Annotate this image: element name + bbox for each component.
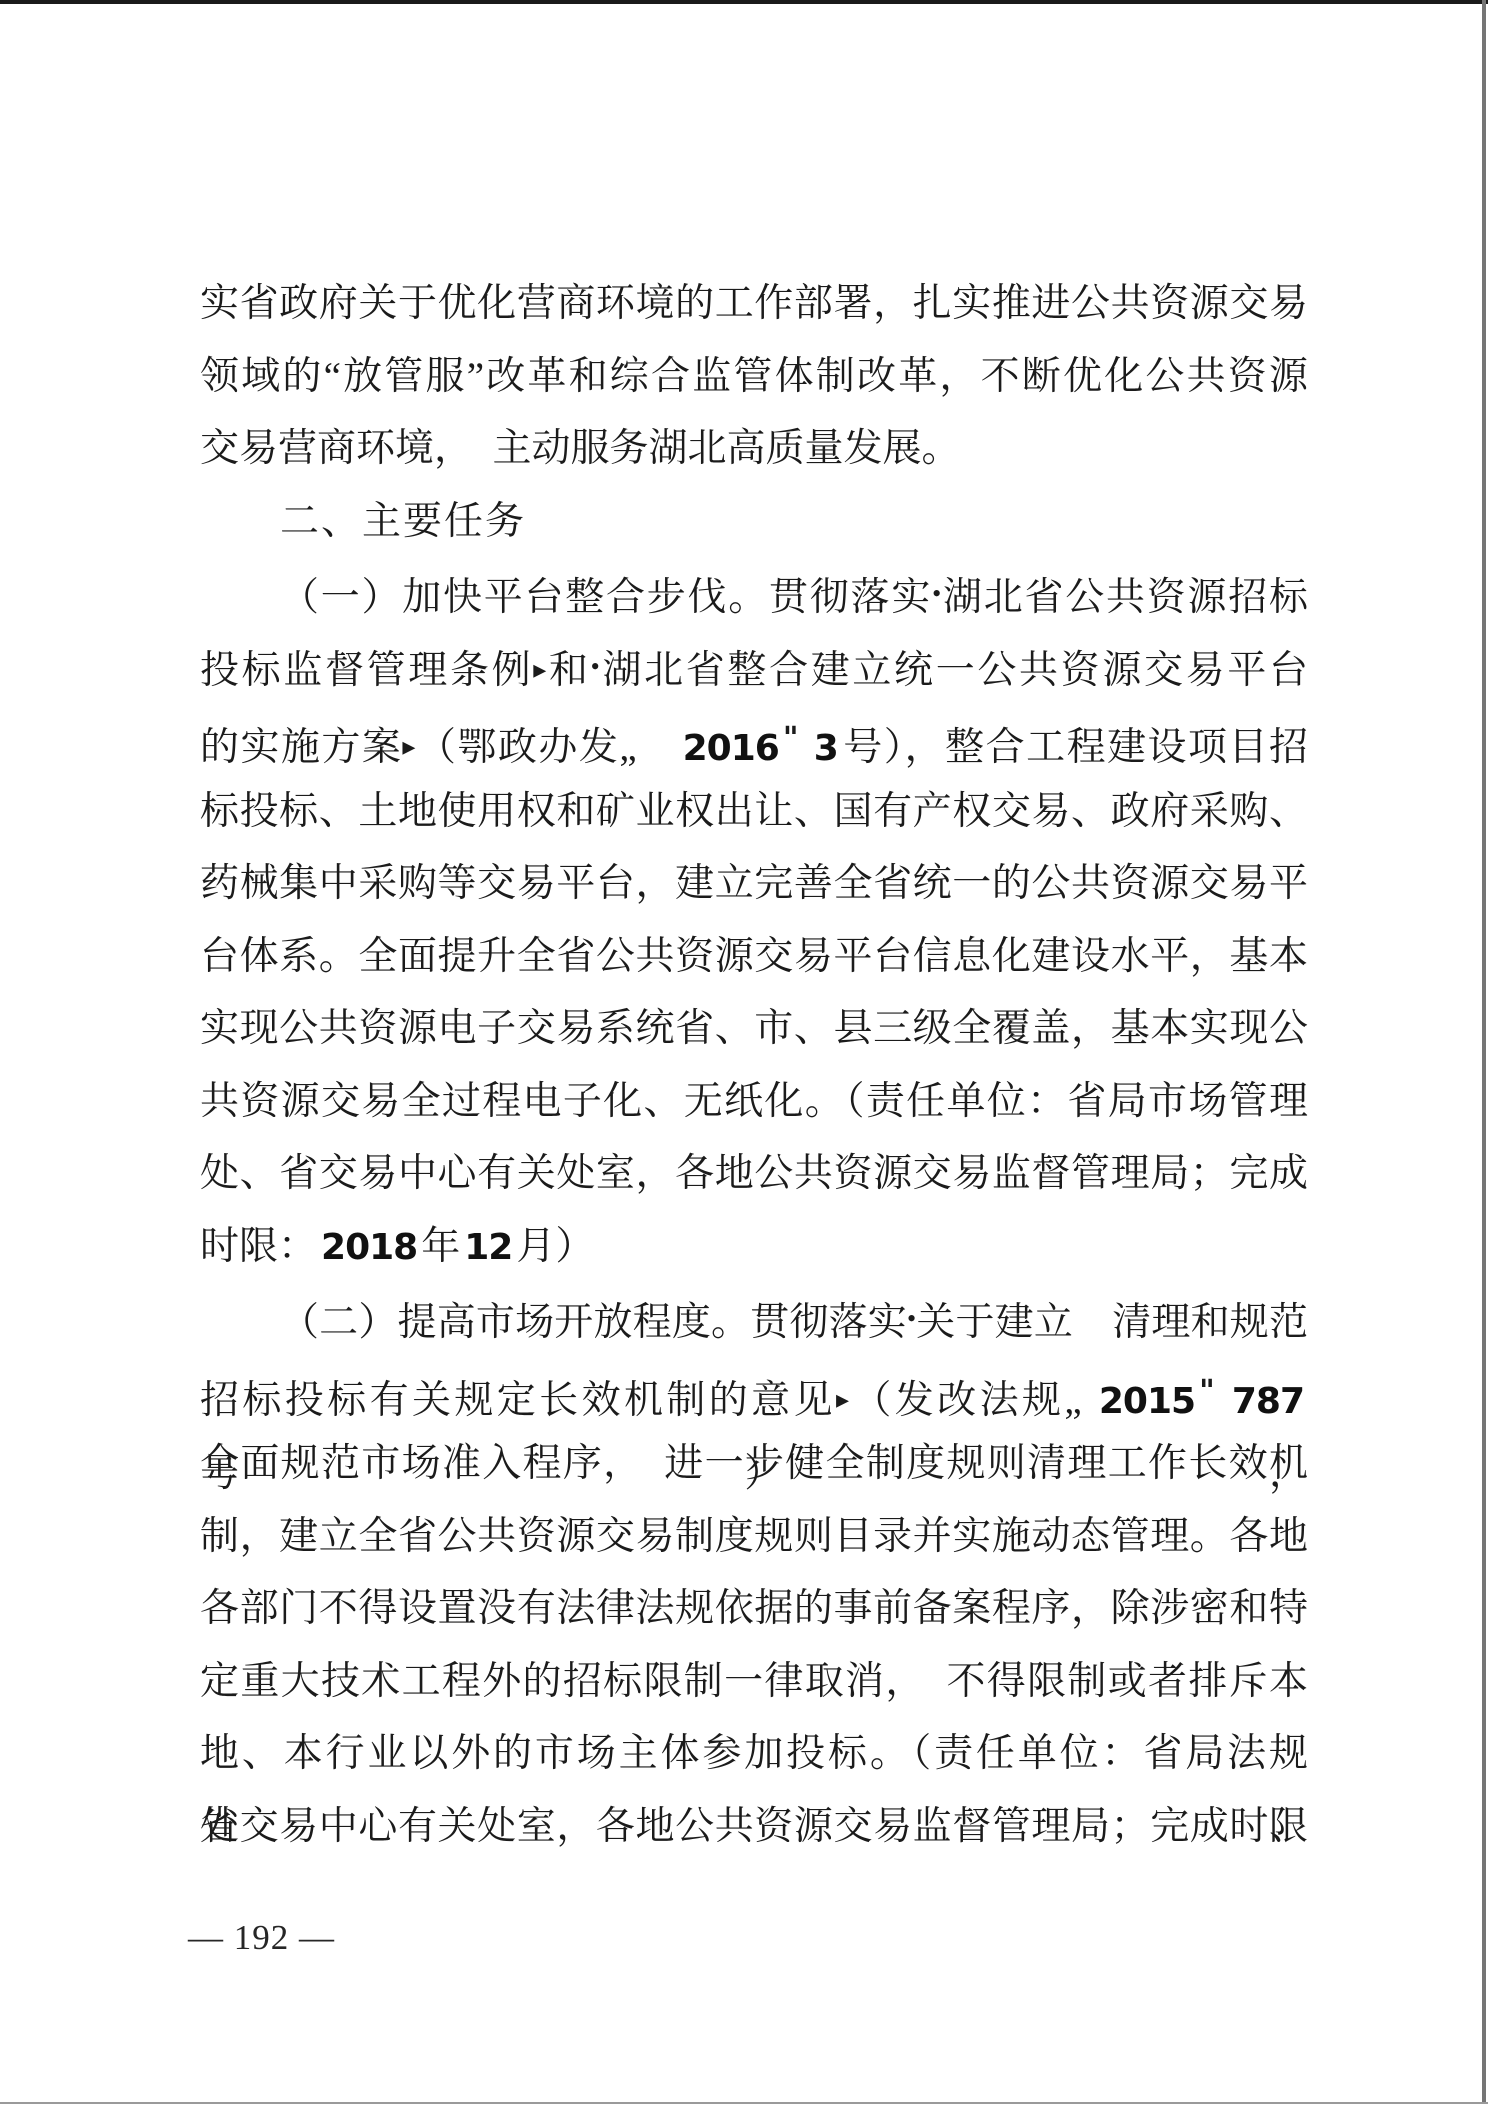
text-block: 实省政府关于优化营商环境的工作部署，扎实推进公共资源交易领域的“放管服”改革和综…	[200, 268, 1308, 1863]
numeral: 12	[460, 1227, 516, 1268]
text-line: （二）提高市场开放程度。贯彻落实•关于建立 清理和规范	[200, 1283, 1308, 1356]
text-line: 领域的“放管服”改革和综合监管体制改革，不断优化公共资源	[200, 341, 1308, 414]
text-line: 实省政府关于优化营商环境的工作部署，扎实推进公共资源交易	[200, 268, 1308, 341]
text-line: 招标投标有关规定长效机制的意见▸（发改法规„ 2015" 787号），	[200, 1356, 1308, 1429]
text-line: 投标监督管理条例▸和•湖北省整合建立统一公共资源交易平台	[200, 631, 1308, 704]
numeral: 2016	[679, 728, 783, 769]
glyph-mark: "	[783, 721, 799, 756]
text-line: 定重大技术工程外的招标限制一律取消， 不得限制或者排斥本	[200, 1646, 1308, 1719]
text-line: 的实施方案▸（鄂政办发„ 2016" 3号），整合工程建设项目招	[200, 703, 1308, 776]
text-line: 地、本行业以外的市场主体参加投标。（责任单位：省局法规处、	[200, 1718, 1308, 1791]
text-line: 药械集中采购等交易平台，建立完善全省统一的公共资源交易平	[200, 848, 1308, 921]
glyph-mark: ▸	[533, 655, 546, 684]
scan-border-top	[0, 0, 1488, 4]
text-line: 交易营商环境， 主动服务湖北高质量发展。	[200, 413, 1308, 486]
text-line: 共资源交易全过程电子化、无纸化。（责任单位：省局市场管理	[200, 1066, 1308, 1139]
numeral: 787	[1228, 1381, 1308, 1422]
text-line: （一）加快平台整合步伐。贯彻落实•湖北省公共资源招标	[200, 558, 1308, 631]
text-line: 各部门不得设置没有法律法规依据的事前备案程序，除涉密和特	[200, 1573, 1308, 1646]
glyph-mark: •	[932, 579, 941, 608]
page-number: — 192 —	[188, 1916, 335, 1960]
text-line: 实现公共资源电子交易系统省、市、县三级全覆盖，基本实现公	[200, 993, 1308, 1066]
numeral: 2015	[1095, 1381, 1199, 1422]
section-heading-line: 二、主要任务	[200, 486, 1308, 559]
text-line: 台体系。全面提升全省公共资源交易平台信息化建设水平，基本	[200, 921, 1308, 994]
scan-border-right	[1482, 0, 1486, 2104]
document-page: { "page": { "background": "#ffffff", "ed…	[0, 0, 1488, 2104]
text-line: 制，建立全省公共资源交易制度规则目录并实施动态管理。各地	[200, 1501, 1308, 1574]
glyph-mark: "	[1199, 1374, 1215, 1409]
glyph-mark: •	[591, 652, 600, 681]
glyph-mark: ▸	[402, 732, 415, 761]
text-line: 全面规范市场准入程序， 进一步健全制度规则清理工作长效机	[200, 1428, 1308, 1501]
text-line: 标投标、土地使用权和矿业权出让、国有产权交易、政府采购、	[200, 776, 1308, 849]
numeral: 2018	[317, 1227, 421, 1268]
text-line: 处、省交易中心有关处室，各地公共资源交易监督管理局；完成	[200, 1138, 1308, 1211]
numeral: 3	[810, 728, 842, 769]
text-line: 省交易中心有关处室，各地公共资源交易监督管理局；完成时限	[200, 1791, 1308, 1864]
glyph-mark: •	[907, 1304, 916, 1333]
glyph-mark: ▸	[836, 1385, 849, 1414]
text-line: 时限：2018年12月）	[200, 1211, 1308, 1284]
